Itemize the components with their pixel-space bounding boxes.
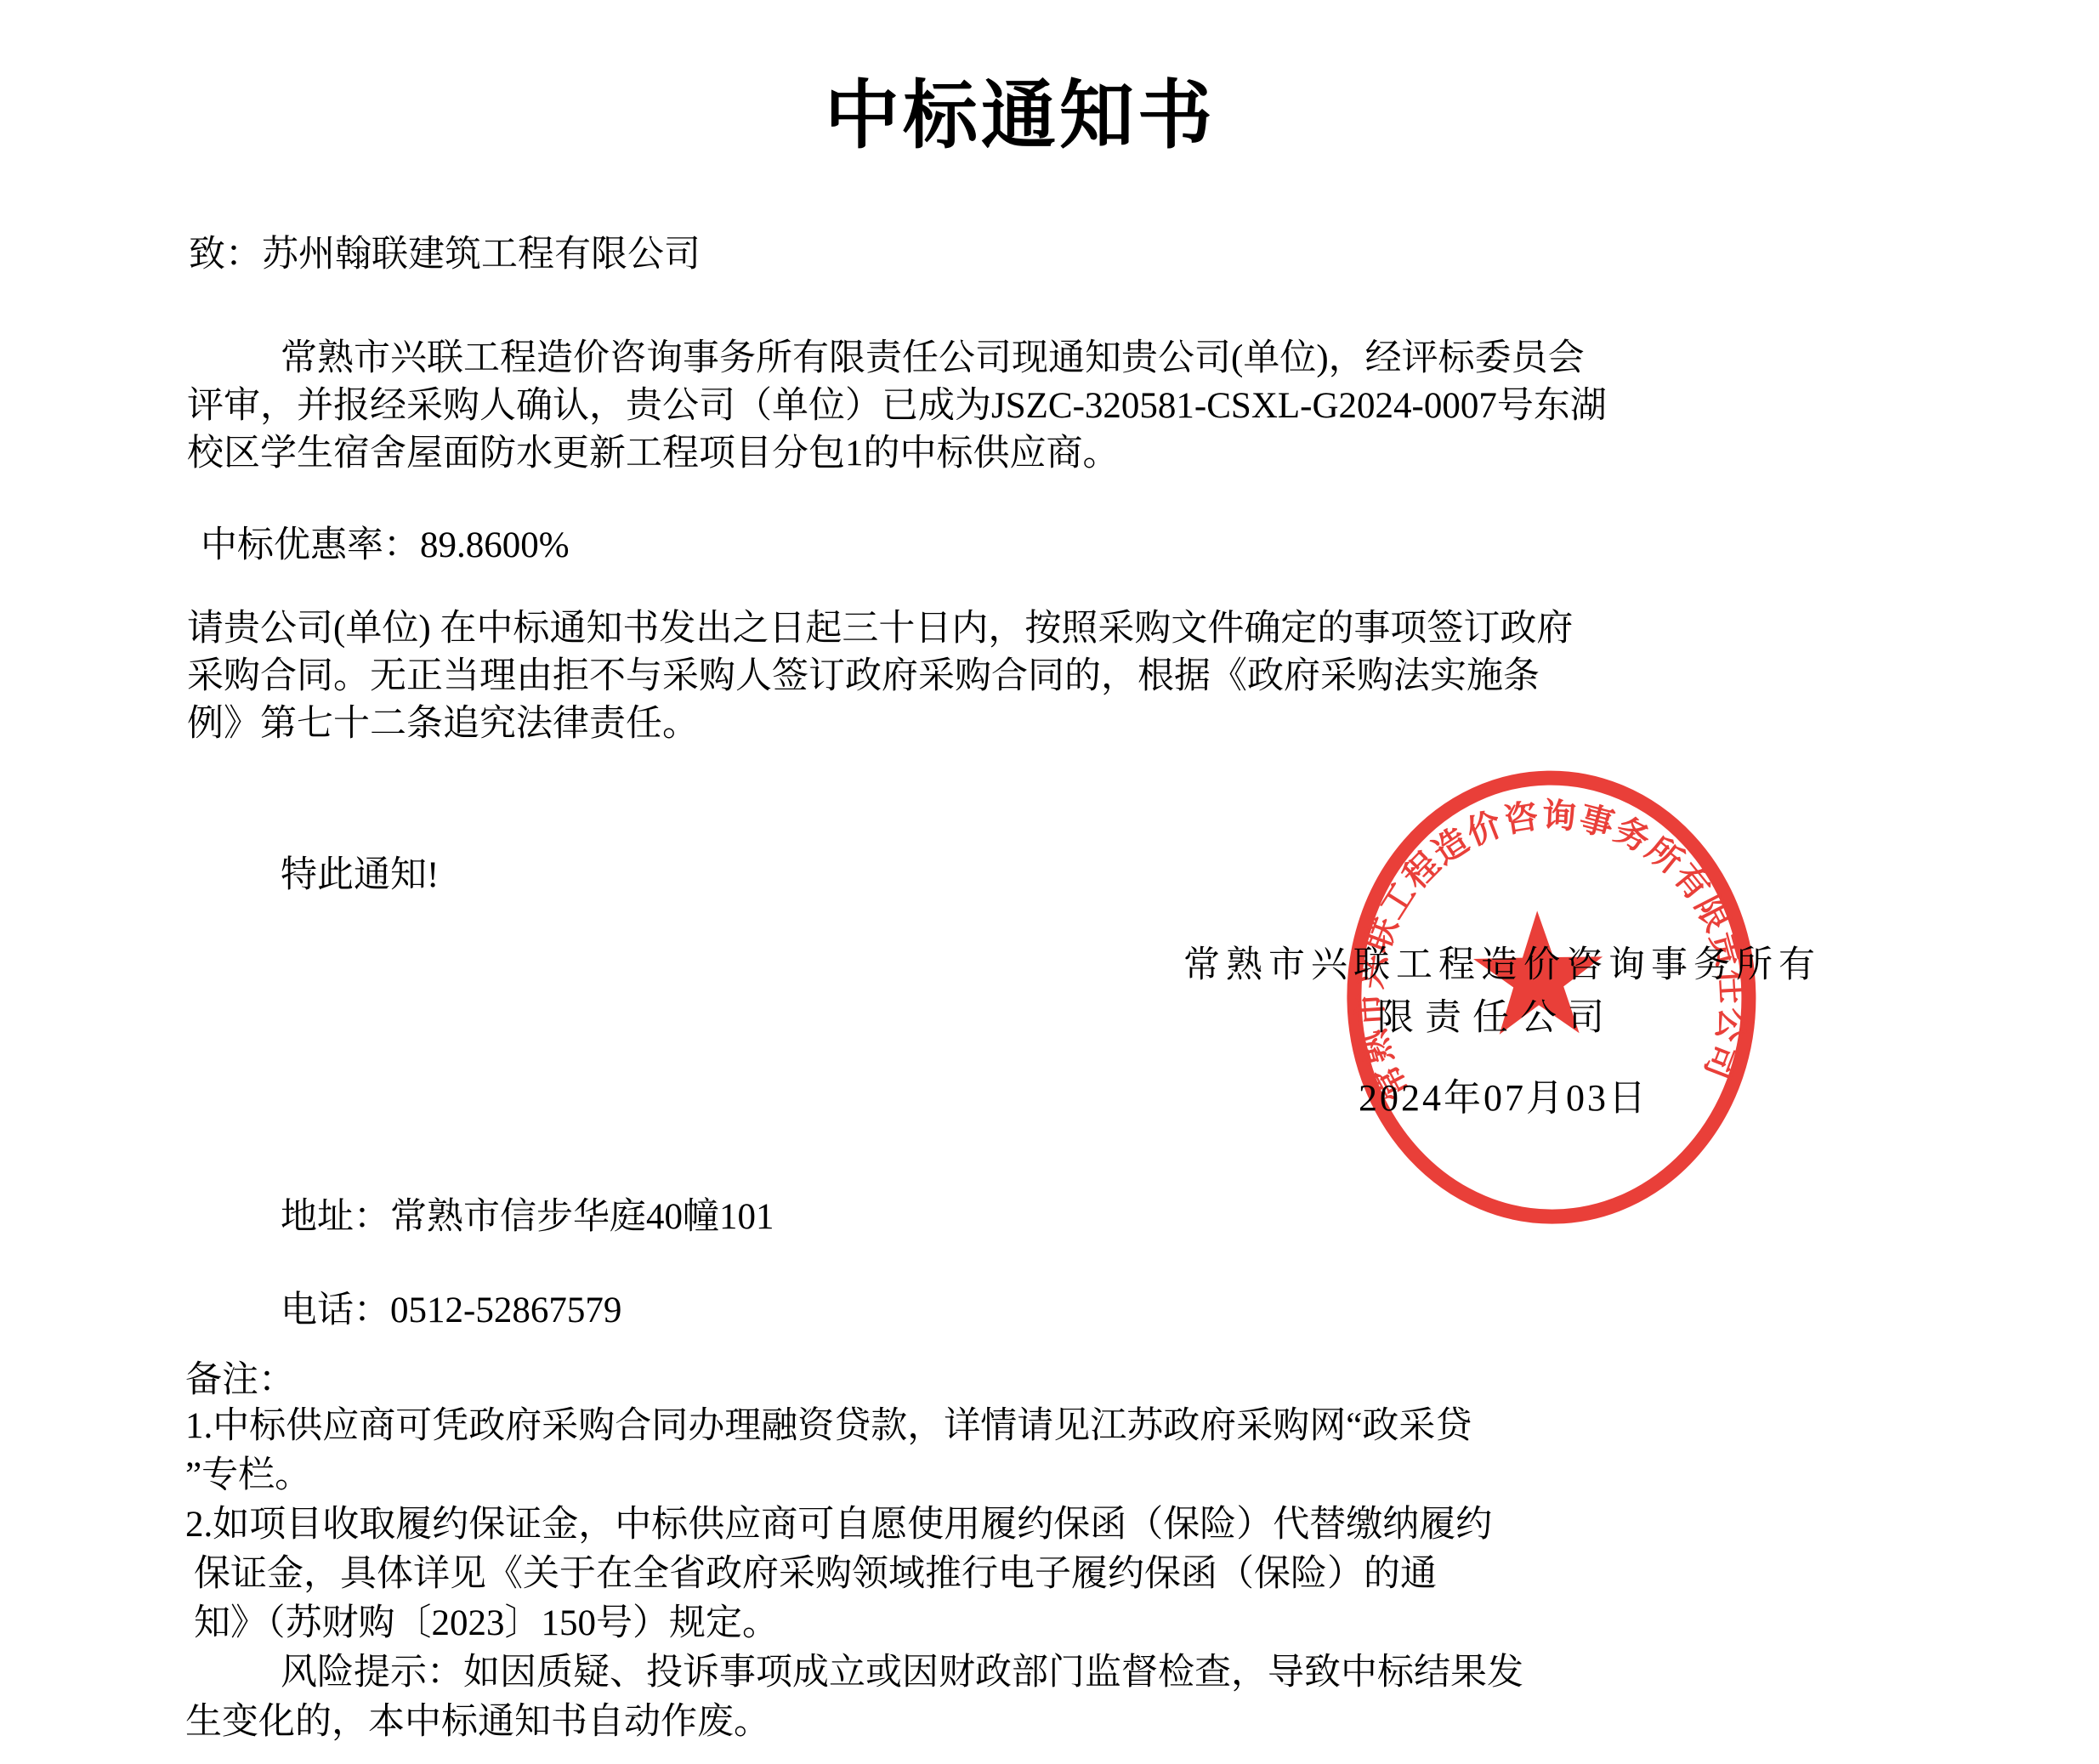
para2-line1: 请贵公司(单位) 在中标通知书发出之日起三十日内，按照采购文件确定的事项签订政府 xyxy=(187,605,1573,653)
discount-rate-line: 中标优惠率：89.8600% xyxy=(201,522,570,570)
para1-line1: 常熟市兴联工程造价咨询事务所有限责任公司现通知贵公司(单位)，经评标委员会 xyxy=(281,335,1585,383)
address-line: 地址：常熟市信步华庭40幢101 xyxy=(281,1194,774,1241)
phone-line: 电话：0512-52867579 xyxy=(281,1287,621,1335)
remark2-line3: 知》（苏财购〔2023〕150号）规定。 xyxy=(194,1600,779,1648)
remark2-line2: 保证金，具体详见《关于在全省政府采购领域推行电子履约保函（保险）的通 xyxy=(194,1551,1437,1598)
page-title: 中标通知书 xyxy=(0,56,2040,163)
para1-line3: 校区学生宿舍屋面防水更新工程项目分包1的中标供应商。 xyxy=(187,430,1120,478)
official-seal: 常熟市兴联工程造价咨询事务所有限责任公司 xyxy=(1305,742,1807,1261)
remark1-line1: 1.中标供应商可凭政府采购合同办理融资贷款，详情请见江苏政府采购网“政采贷 xyxy=(185,1403,1472,1450)
remark1-line2: ”专栏。 xyxy=(185,1452,311,1500)
remarks-label: 备注： xyxy=(185,1357,295,1404)
para1-line2: 评审，并报经采购人确认，贵公司（单位）已成为JSZC-320581-CSXL-G… xyxy=(187,383,1607,430)
para2-line3: 例》第七十二条追究法律责任。 xyxy=(187,700,699,748)
para2-line2: 采购合同。无正当理由拒不与采购人签订政府采购合同的，根据《政府采购法实施条 xyxy=(187,653,1540,700)
risk-line1: 风险提示：如因质疑、投诉事项成立或因财政部门监督检查，导致中标结果发 xyxy=(281,1649,1523,1697)
recipient-line: 致：苏州翰联建筑工程有限公司 xyxy=(189,231,701,279)
remark2-line1: 2.如项目收取履约保证金，中标供应商可自愿使用履约保函（保险）代替缴纳履约 xyxy=(185,1501,1492,1549)
notice-line: 特此通知! xyxy=(281,852,439,899)
risk-line2: 生变化的，本中标通知书自动作废。 xyxy=(185,1699,770,1746)
seal-star-icon xyxy=(1472,910,1604,1035)
award-notice-document: 中标通知书 致：苏州翰联建筑工程有限公司 常熟市兴联工程造价咨询事务所有限责任公… xyxy=(0,0,2099,1764)
